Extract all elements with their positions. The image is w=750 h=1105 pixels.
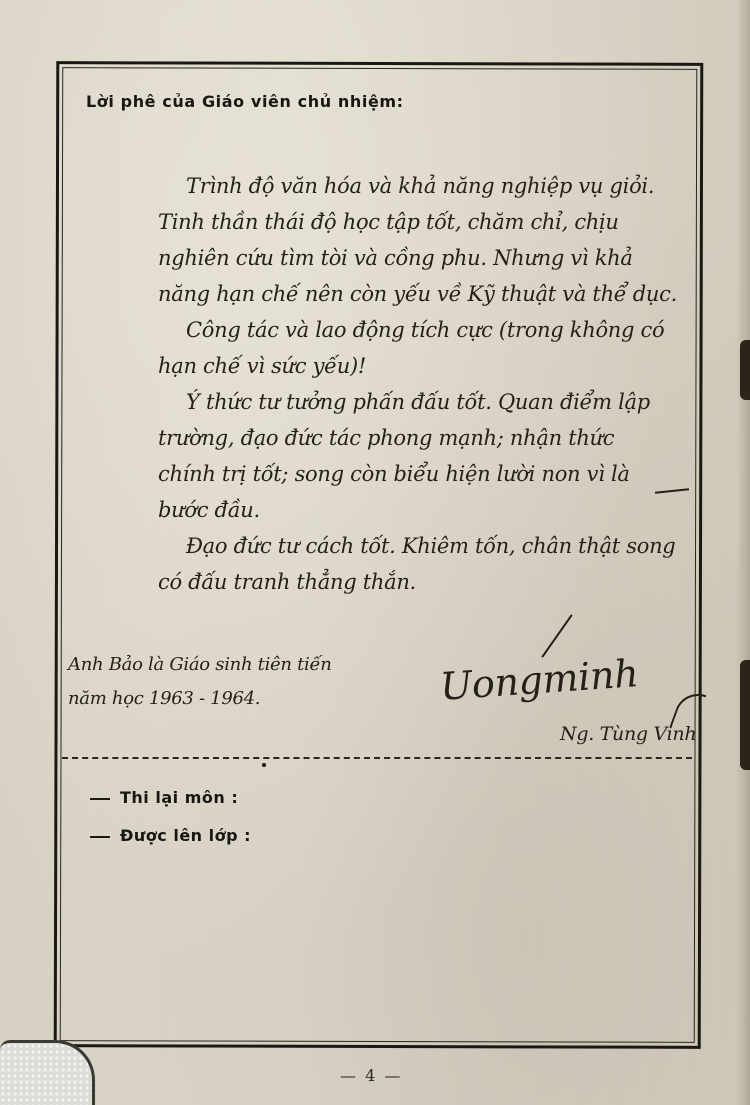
- field-retake-subject: Thi lại môn :: [90, 788, 238, 807]
- field-label: Thi lại môn :: [120, 788, 238, 807]
- comment-paragraph: Ý thức tư tưởng phấn đấu tốt. Quan điểm …: [158, 384, 678, 528]
- commendation-note: Anh Bảo là Giáo sinh tiên tiến năm học 1…: [68, 648, 368, 716]
- page-number: — 4 —: [340, 1066, 402, 1085]
- page-damage-spot: [740, 340, 750, 400]
- comment-paragraph: Trình độ văn hóa và khả năng nghiệp vụ g…: [158, 168, 678, 312]
- section-header: Lời phê của Giáo viên chủ nhiệm:: [86, 92, 404, 111]
- signer-name: Ng. Tùng Vinh: [560, 722, 696, 746]
- comment-paragraph: Công tác và lao động tích cực (trong khô…: [158, 312, 678, 384]
- commendation-line: năm học 1963 - 1964.: [68, 682, 368, 716]
- section-divider: [62, 757, 692, 759]
- fabric-corner: [0, 1040, 95, 1105]
- comment-paragraph: Đạo đức tư cách tốt. Khiêm tốn, chân thậ…: [158, 528, 678, 600]
- field-promoted: Được lên lớp :: [90, 826, 251, 845]
- page-damage-spot: [740, 660, 750, 770]
- field-label: Được lên lớp :: [120, 826, 251, 845]
- divider-dot: [262, 763, 266, 767]
- dash-bullet: [90, 798, 110, 800]
- dash-bullet: [90, 836, 110, 838]
- page-edge-shadow: [736, 0, 750, 1105]
- commendation-line: Anh Bảo là Giáo sinh tiên tiến: [68, 648, 368, 682]
- teacher-comment: Trình độ văn hóa và khả năng nghiệp vụ g…: [158, 168, 678, 600]
